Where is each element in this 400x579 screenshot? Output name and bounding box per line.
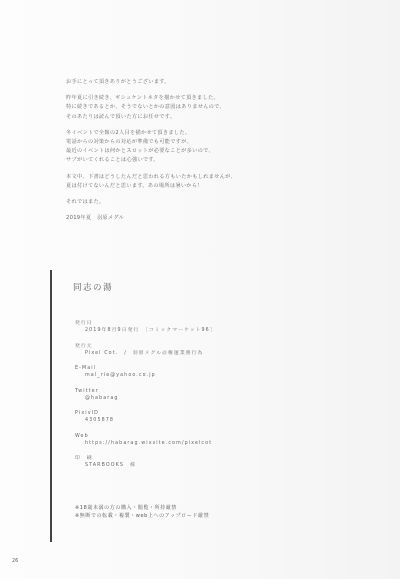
field-publish-date: 発行日 2019年8月9日発行 ［コミックマーケット96］ — [75, 320, 355, 334]
legal-notes: ※18歳未満の方の購入・閲覧・所持厳禁 ※無断での転載・複製・web上へのアップ… — [75, 505, 209, 520]
afterword-line: 2019年夏 羽原メグル — [66, 214, 356, 223]
field-publisher: 発行元 Pixel Cot. / 羽原メグル＠権運業務行為 — [75, 343, 355, 357]
field-pixiv-id: PixivID 4305878 — [75, 410, 355, 424]
colophon-title: 同志の湯 — [73, 281, 113, 293]
field-label: 発行元 — [75, 343, 355, 350]
legal-note: ※無断での転載・複製・web上へのアップロード厳禁 — [75, 513, 209, 521]
field-label: PixivID — [75, 410, 355, 417]
field-value: https://habarag.wixsite.com/pixelcot — [75, 440, 355, 447]
afterword-line: 本文中、下書はどうしたんだと思われる方もいたかもしれませんが、 — [66, 173, 356, 182]
afterword-line: サブがいてくれることは心強いです。 — [66, 156, 356, 165]
legal-note: ※18歳未満の方の購入・閲覧・所持厳禁 — [75, 505, 209, 513]
afterword-line: 夏は付けてないんだと思います。あの場所は暑いから！ — [66, 182, 356, 191]
afterword-line: 特に続きであるとか、そうでないとかの意図はありませんので、 — [66, 103, 356, 112]
field-label: 発行日 — [75, 320, 355, 327]
afterword-line: 冬イベントで全館の2人目を描かせて頂きました。 — [66, 129, 356, 138]
field-value: mal_rie@yahoo.co.jp — [75, 372, 355, 379]
afterword-paragraph-2: 昨年夏に引き続き、ギシュケントネタを描かせて頂きました。 特に続きであるとか、そ… — [66, 94, 356, 122]
afterword-paragraph-3: 冬イベントで全館の2人目を描かせて頂きました。 電話からの対策からの対応が準備で… — [66, 129, 356, 166]
field-web: Web https://habarag.wixsite.com/pixelcot — [75, 433, 355, 447]
field-label: 印 刷 — [75, 455, 355, 462]
afterword-paragraph-1: お手にとって頂きありがとうございます。 — [66, 78, 356, 87]
colophon-divider — [50, 270, 52, 542]
field-value: Pixel Cot. / 羽原メグル＠権運業務行為 — [75, 350, 355, 357]
afterword-paragraph-4: 本文中、下書はどうしたんだと思われる方もいたかもしれませんが、 夏は付けてないん… — [66, 173, 356, 191]
field-email: E-Mail mal_rie@yahoo.co.jp — [75, 365, 355, 379]
field-printer: 印 刷 STARBOOKS 様 — [75, 455, 355, 469]
afterword-line: そのあたりは読んで頂いた方にお任せです。 — [66, 113, 356, 122]
colophon-fields: 発行日 2019年8月9日発行 ［コミックマーケット96］ 発行元 Pixel … — [75, 320, 355, 478]
book-page: お手にとって頂きありがとうございます。 昨年夏に引き続き、ギシュケントネタを描か… — [0, 0, 400, 579]
page-number: 26 — [12, 558, 18, 564]
afterword-line: 電話からの対策からの対応が準備でも可能ですが、 — [66, 138, 356, 147]
field-label: Twitter — [75, 388, 355, 395]
afterword-paragraph-5: それではまた。 — [66, 198, 356, 207]
field-label: E-Mail — [75, 365, 355, 372]
afterword-signature: 2019年夏 羽原メグル — [66, 214, 356, 223]
afterword-text: お手にとって頂きありがとうございます。 昨年夏に引き続き、ギシュケントネタを描か… — [66, 78, 356, 230]
afterword-line: 最近のイベントは何かとスロットが必要なことが多いので、 — [66, 147, 356, 156]
afterword-line: 昨年夏に引き続き、ギシュケントネタを描かせて頂きました。 — [66, 94, 356, 103]
field-value: 4305878 — [75, 417, 355, 424]
field-label: Web — [75, 433, 355, 440]
field-value: @habarag — [75, 395, 355, 402]
afterword-line: それではまた。 — [66, 198, 356, 207]
afterword-line: お手にとって頂きありがとうございます。 — [66, 78, 356, 87]
field-twitter: Twitter @habarag — [75, 388, 355, 402]
field-value: STARBOOKS 様 — [75, 462, 355, 469]
field-value: 2019年8月9日発行 ［コミックマーケット96］ — [75, 327, 355, 334]
